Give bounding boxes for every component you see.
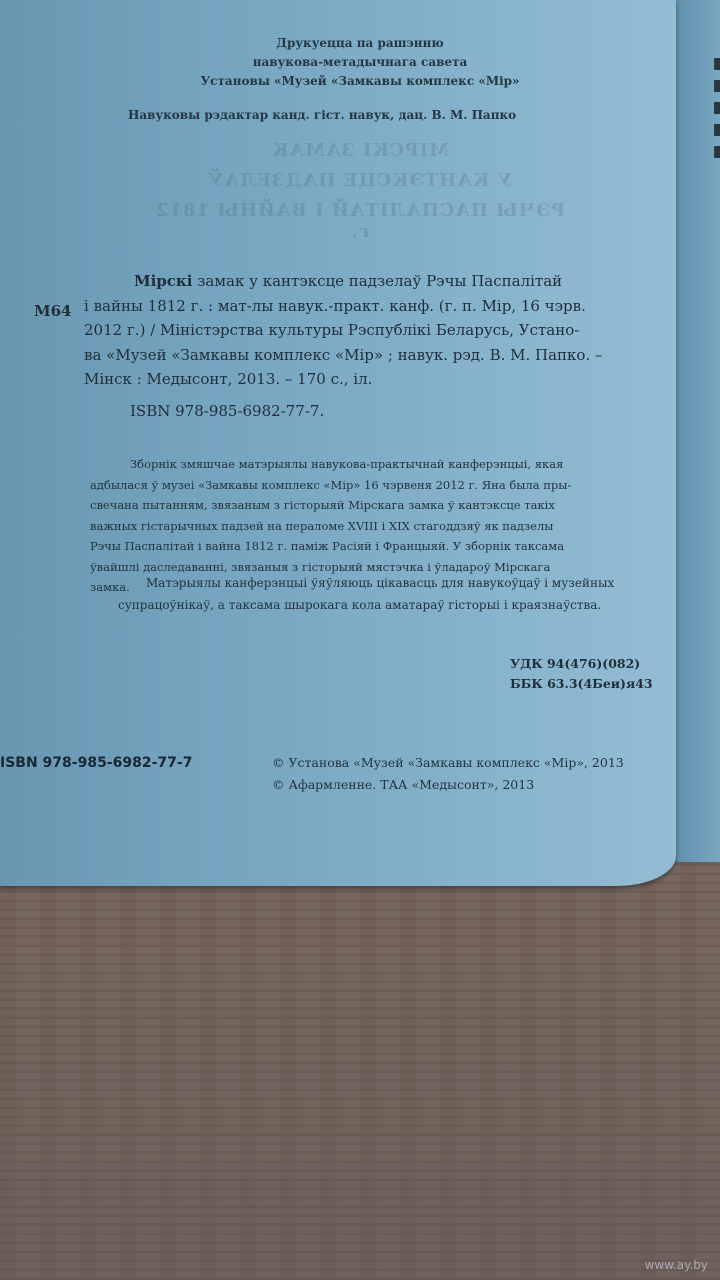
approval-line: навукова-метадычнага савета	[120, 53, 600, 72]
footer-isbn: ISBN 978-985-6982-77-7	[0, 755, 192, 771]
site-watermark: www.ay.by	[645, 1258, 708, 1272]
abstract-line: Зборнік змяшчае матэрыялы навукова-практ…	[90, 454, 690, 475]
show-through-text: РЭЧЫ ПАСПАЛІТАЙ І ВАЙНЫ 1812 г.	[150, 200, 570, 242]
adjacent-page-edge	[676, 0, 720, 862]
approval-line: Друкуецца па рашэнню	[120, 34, 600, 53]
audience-note: Матэрыялы канферэнцыі ўяўляюць цікавасць…	[118, 572, 708, 616]
copyright-line: © Установа «Музей «Замкавы комплекс «Мір…	[272, 752, 624, 774]
copyright-block: © Установа «Музей «Замкавы комплекс «Мір…	[272, 752, 624, 796]
catalog-line: Мірскі замак у кантэксце падзелаў Рэчы П…	[84, 269, 684, 294]
catalog-line: і вайны 1812 г. : мат-лы навук.-практ. к…	[84, 294, 684, 319]
udc-code: УДК 94(476)(082)	[510, 654, 653, 674]
publication-approval-note: Друкуецца па рашэнню навукова-метадычнаг…	[120, 34, 600, 91]
audience-line: супрацоўнікаў, а таксама шырокага кола а…	[118, 594, 708, 616]
catalog-isbn: ISBN 978-985-6982-77-7.	[130, 402, 324, 420]
bbk-code: ББК 63.3(4Беи)я43	[510, 674, 653, 694]
abstract-line: адбылася ў музеі «Замкавы комплекс «Мір»…	[90, 475, 690, 496]
show-through-text: МІРСКІ ЗАМАК	[150, 140, 570, 161]
copyright-line: © Афармленне. ТАА «Медысонт», 2013	[272, 774, 624, 796]
imprint-page: Друкуецца па рашэнню навукова-метадычнаг…	[0, 0, 676, 886]
catalog-title-bold: Мірскі	[134, 272, 192, 290]
author-sign: М64	[34, 302, 71, 320]
scientific-editor: Навуковы рэдактар канд. гіст. навук, дац…	[128, 108, 516, 122]
approval-line: Установы «Музей «Замкавы комплекс «Мір»	[120, 72, 600, 91]
catalog-line: ва «Музей «Замкавы комплекс «Мір» ; наву…	[84, 343, 684, 368]
adjacent-page-text-fragment	[714, 58, 720, 70]
abstract-line: свечана пытанням, звязаным з гісторыяй М…	[90, 495, 690, 516]
audience-line: Матэрыялы канферэнцыі ўяўляюць цікавасць…	[118, 572, 708, 594]
catalog-line: Мінск : Медысонт, 2013. – 170 с., іл.	[84, 367, 684, 392]
adjacent-page-text-fragment	[714, 102, 720, 114]
adjacent-page-text-fragment	[714, 146, 720, 158]
abstract-line: Рэчы Паспалітай і вайна 1812 г. паміж Ра…	[90, 536, 690, 557]
catalog-line: 2012 г.) / Міністэрства культуры Рэспубл…	[84, 318, 684, 343]
catalog-record: Мірскі замак у кантэксце падзелаў Рэчы П…	[84, 269, 684, 392]
show-through-text: У КАНТЭКСЦЕ ПАДЗЕЛАЎ	[150, 170, 570, 191]
adjacent-page-text-fragment	[714, 124, 720, 136]
adjacent-page-text-fragment	[714, 80, 720, 92]
classification-codes: УДК 94(476)(082) ББК 63.3(4Беи)я43	[510, 654, 653, 694]
abstract-line: важных гістарычных падзей на пераломе XV…	[90, 516, 690, 537]
